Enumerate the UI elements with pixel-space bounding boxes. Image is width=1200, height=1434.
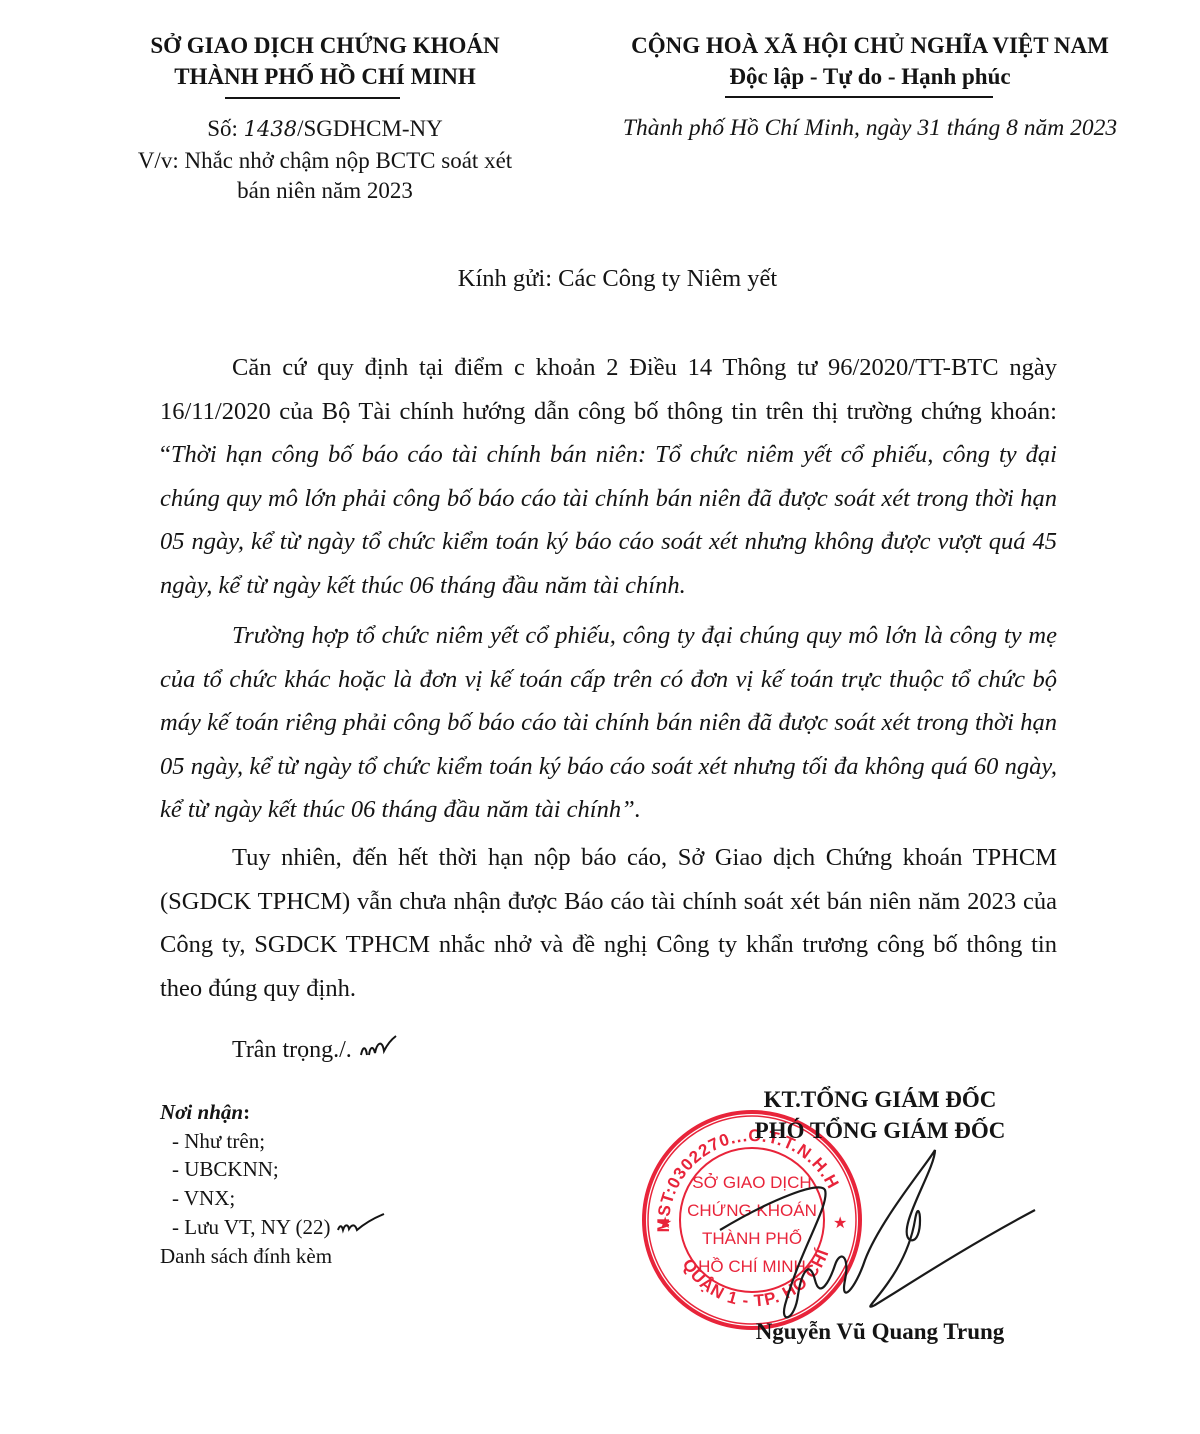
recipient-item: - VNX; [160,1184,460,1213]
document-number: Số: 1438/SGDHCM-NY [100,114,550,144]
issuer-org-name: SỞ GIAO DỊCH CHỨNG KHOÁN THÀNH PHỐ HỒ CH… [100,30,550,92]
issuer-org-line2: THÀNH PHỐ HỒ CHÍ MINH [100,61,550,92]
initials-mark-icon [336,1212,386,1236]
recipient-item: - Lưu VT, NY (22) [160,1212,460,1242]
handwritten-number: 1438 [244,117,297,141]
handwritten-signature-icon [680,1130,1040,1340]
initials-mark-icon [358,1033,398,1061]
issuer-org-line1: SỞ GIAO DỊCH CHỨNG KHOÁN [100,30,550,61]
left-header-underline [225,97,400,99]
paragraph-legal-quote-2: Trường hợp tổ chức niêm yết cổ phiếu, cô… [160,614,1057,832]
national-motto: Độc lập - Tự do - Hạnh phúc [560,61,1180,92]
paragraph-legal-basis: Căn cứ quy định tại điểm c khoản 2 Điều … [160,346,1057,607]
nation-title: CỘNG HOÀ XÃ HỘI CHỦ NGHĨA VIỆT NAM [560,30,1180,61]
legal-quote-1: Thời hạn công bố báo cáo tài chính bán n… [160,441,1057,599]
svg-text:★: ★ [658,1215,672,1232]
national-header: CỘNG HOÀ XÃ HỘI CHỦ NGHĨA VIỆT NAM Độc l… [560,30,1180,92]
place-date: Thành phố Hồ Chí Minh, ngày 31 tháng 8 n… [560,113,1180,143]
paragraph-reminder: Tuy nhiên, đến hết thời hạn nộp báo cáo,… [160,836,1057,1010]
attachment-note: Danh sách đính kèm [160,1242,460,1271]
subject-line2: bán niên năm 2023 [100,176,550,206]
subject-line1: V/v: Nhắc nhở chậm nộp BCTC soát xét [100,146,550,176]
recipients-block: Nơi nhận: - Như trên; - UBCKNN; - VNX; -… [160,1098,460,1270]
signature-title-line1: KT.TỔNG GIÁM ĐỐC [700,1084,1060,1115]
right-header-underline [725,96,993,98]
closing-greeting: Trân trọng./. [232,1033,398,1066]
recipient-item: - Như trên; [160,1127,460,1156]
recipient-line: Kính gửi: Các Công ty Niêm yết [300,263,935,295]
recipients-title: Nơi nhận: [160,1098,460,1127]
recipient-item: - UBCKNN; [160,1155,460,1184]
subject: V/v: Nhắc nhở chậm nộp BCTC soát xét bán… [100,146,550,206]
signer-name: Nguyễn Vũ Quang Trung [700,1316,1060,1347]
